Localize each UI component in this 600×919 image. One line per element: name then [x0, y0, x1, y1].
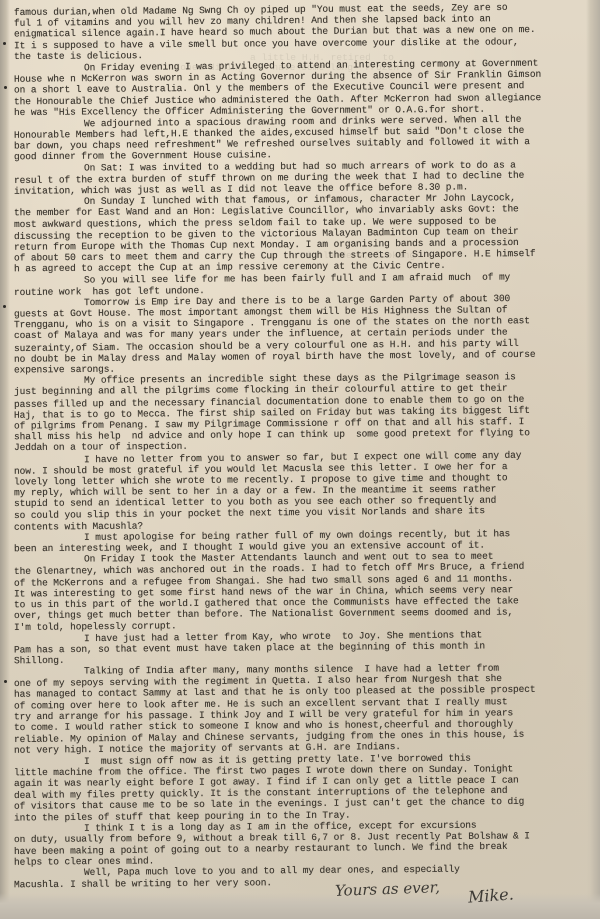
- letter-body: famous durian,when old Madame Ng Swng Ch…: [14, 4, 592, 888]
- handwritten-signature: Mike.: [467, 884, 514, 906]
- punch-mark: [3, 42, 6, 45]
- page-left-edge: [0, 0, 10, 919]
- punch-mark: [4, 680, 7, 683]
- punch-mark: [4, 86, 7, 89]
- punch-mark: [3, 305, 6, 308]
- handwritten-closing: Yours as ever,: [335, 878, 440, 900]
